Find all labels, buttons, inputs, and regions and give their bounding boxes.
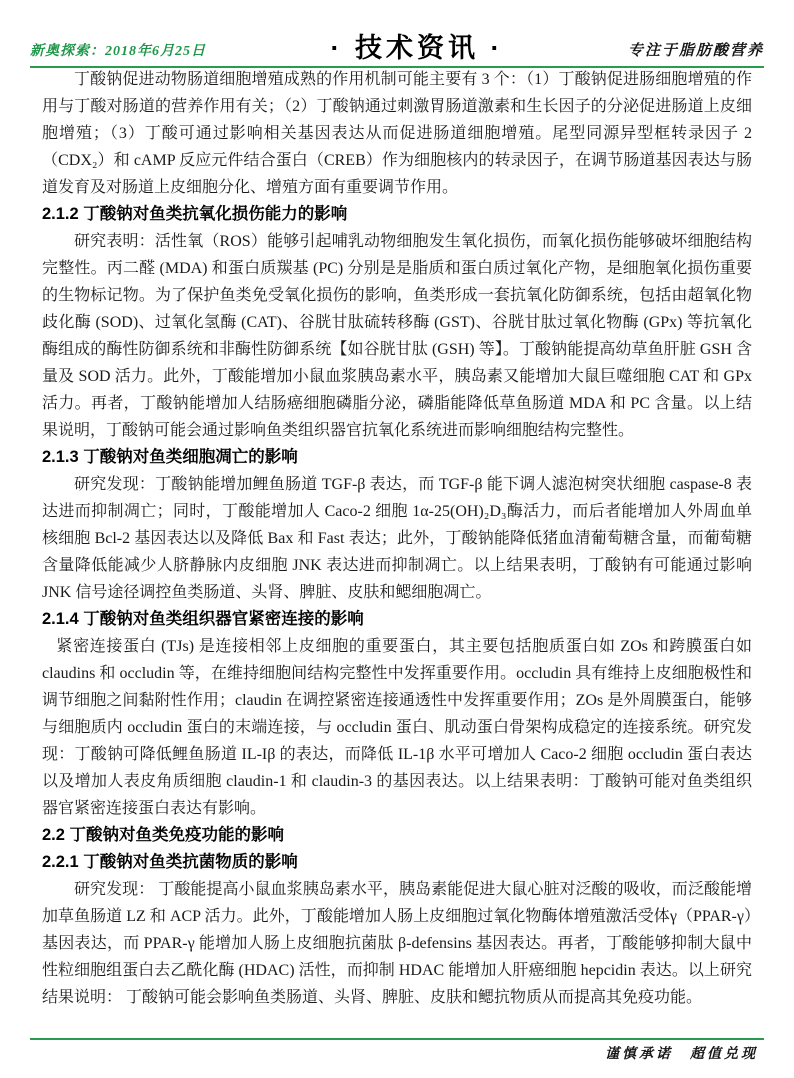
section-heading: 2.2 丁酸钠对鱼类免疫功能的影响 [42,822,752,849]
paragraph: 研究表明：活性氧（ROS）能够引起哺乳动物细胞发生氧化损伤，而氧化损伤能够破坏细… [42,228,752,444]
page-footer: 谨慎承诺 超值兑现 [30,1038,764,1063]
section-heading: 2.2.1 丁酸钠对鱼类抗菌物质的影响 [42,849,752,876]
header-slogan: 专注于脂肪酸营养 [628,39,764,62]
paragraph: 紧密连接蛋白 (TJs) 是连接相邻上皮细胞的重要蛋白，其主要包括胞质蛋白如 Z… [42,633,752,822]
paragraph: 研究发现：丁酸钠能增加鲤鱼肠道 TGF-β 表达，而 TGF-β 能下调人滤泡树… [42,471,752,606]
paragraph: 丁酸钠促进动物肠道细胞增殖成熟的作用机制可能主要有 3 个：（1）丁酸钠促进肠细… [42,66,752,201]
section-heading: 2.1.2 丁酸钠对鱼类抗氧化损伤能力的影响 [42,201,752,228]
footer-slogan: 谨慎承诺 超值兑现 [605,1047,764,1062]
header-date-label: 新奥探索：2018年6月25日 [30,40,206,62]
paragraph: 研究发现： 丁酸能提高小鼠血浆胰岛素水平，胰岛素能促进大鼠心脏对泛酸的吸收，而泛… [42,876,752,1011]
article-body: 丁酸钠促进动物肠道细胞增殖成熟的作用机制可能主要有 3 个：（1）丁酸钠促进肠细… [42,66,752,1011]
section-heading: 2.1.4 丁酸钠对鱼类组织器官紧密连接的影响 [42,606,752,633]
page-header: 新奥探索：2018年6月25日 · 技术资讯 · 专注于脂肪酸营养 [30,22,764,68]
page-title: · 技术资讯 · [330,35,503,62]
document-page: 新奥探索：2018年6月25日 · 技术资讯 · 专注于脂肪酸营养 丁酸钠促进动… [0,0,794,1078]
section-heading: 2.1.3 丁酸钠对鱼类细胞凋亡的影响 [42,444,752,471]
